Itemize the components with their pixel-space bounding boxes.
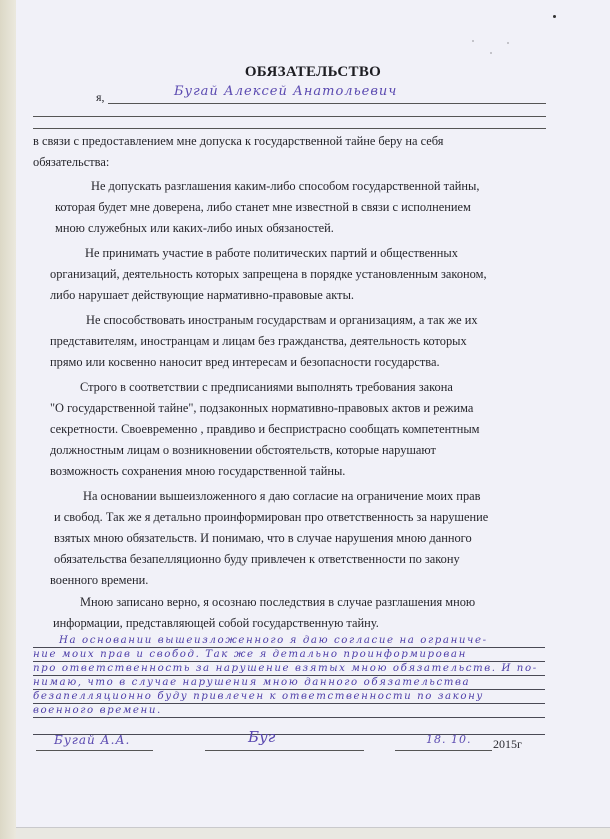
intro-text: в связи с предоставлением мне допуска к …	[33, 131, 443, 173]
ink-speck	[507, 42, 509, 44]
paragraph-6: Мною записано верно, я осознаю последств…	[53, 592, 475, 634]
text-line: информации, представляющей собой государ…	[53, 613, 475, 634]
text-line: обязательства:	[33, 152, 443, 173]
text-line: взятых мною обязательств. И понимаю, что…	[54, 528, 488, 549]
name-prefix: я,	[96, 90, 105, 105]
handwritten-line: военного времени.	[33, 704, 545, 718]
text-line: На основании вышеизложенного я даю согла…	[54, 486, 488, 507]
handwritten-copy: На основании вышеизложенного я даю согла…	[33, 634, 545, 735]
text-line: Не принимать участие в работе политическ…	[50, 243, 487, 264]
signer-name-line	[36, 750, 153, 751]
text-line: возможность сохранения мною государствен…	[50, 461, 480, 482]
paragraph-2: Не принимать участие в работе политическ…	[50, 243, 487, 306]
document-page: ОБЯЗАТЕЛЬСТВО я, Бугай Алексей Анатольев…	[16, 0, 610, 827]
signature-line	[205, 750, 364, 751]
blank-line	[33, 116, 546, 117]
document-title: ОБЯЗАТЕЛЬСТВО	[16, 64, 610, 81]
text-line: Не способствовать иностраным государства…	[50, 310, 478, 331]
paragraph-5: На основании вышеизложенного я даю согла…	[54, 486, 488, 591]
text-line: мною служебных или каких-либо иных обяза…	[55, 218, 479, 239]
handwritten-line: ние моих прав и свобод. Так же я детальн…	[33, 648, 545, 662]
text-line: Не допускать разглашения каким-либо спос…	[55, 176, 479, 197]
signer-name-short: Бугай А.А.	[54, 733, 130, 747]
signature: Буг	[248, 728, 275, 746]
text-line: военного времени.	[50, 570, 488, 591]
handwritten-line: На основании вышеизложенного я даю согла…	[33, 634, 545, 648]
text-line: представителям, иностранцам и лицам без …	[50, 331, 478, 352]
text-line: которая будет мне доверена, либо станет …	[55, 197, 479, 218]
text-line: Строго в соответствии с предписаниями вы…	[50, 377, 480, 398]
text-line: либо нарушает действующие нармативно-пра…	[50, 285, 487, 306]
text-line: должностным лицам о возникновении обстоя…	[50, 440, 480, 461]
year-printed: 2015г	[493, 737, 522, 752]
text-line: прямо или косвенно наносит вред интереса…	[50, 352, 478, 373]
ink-speck	[490, 52, 492, 54]
text-line: секретности. Своевременно , правдиво и б…	[50, 419, 480, 440]
text-line: "О государственной тайне", подзаконных н…	[50, 398, 480, 419]
name-handwritten: Бугай Алексей Анатольевич	[174, 84, 397, 99]
handwritten-line: про ответственность за нарушение взятых …	[33, 662, 545, 676]
ink-speck	[472, 40, 474, 42]
paragraph-4: Строго в соответствии с предписаниями вы…	[50, 377, 480, 482]
text-line: обязательства безапелляционно буду привл…	[54, 549, 488, 570]
scan-edge	[0, 0, 16, 839]
paragraph-1: Не допускать разглашения каким-либо спос…	[55, 176, 479, 239]
ink-speck	[553, 15, 556, 18]
date-line	[395, 750, 492, 751]
date-handwritten: 18. 10.	[426, 733, 471, 746]
blank-line	[33, 128, 546, 129]
text-line: организаций, деятельность которых запрещ…	[50, 264, 487, 285]
text-line: в связи с предоставлением мне допуска к …	[33, 131, 443, 152]
paragraph-3: Не способствовать иностраным государства…	[50, 310, 478, 373]
name-underline	[108, 103, 546, 104]
text-line: и свобод. Так же я детально проинформиро…	[54, 507, 488, 528]
handwritten-line: нимаю, что в случае нарушения мною данно…	[33, 676, 545, 690]
text-line: Мною записано верно, я осознаю последств…	[53, 592, 475, 613]
handwritten-line: безапелляционно буду привлечен к ответст…	[33, 690, 545, 704]
